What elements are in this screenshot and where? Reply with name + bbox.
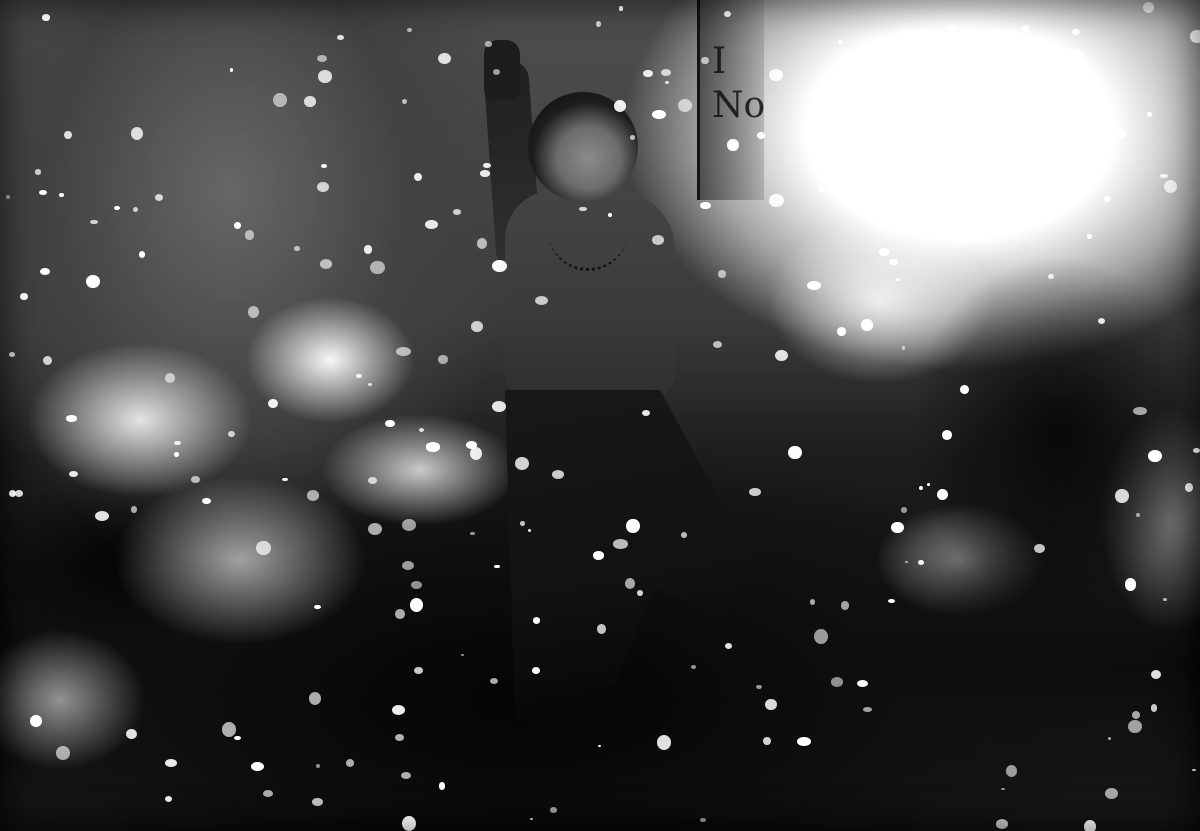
vignette	[0, 0, 1200, 831]
photograph: I No	[0, 0, 1200, 831]
